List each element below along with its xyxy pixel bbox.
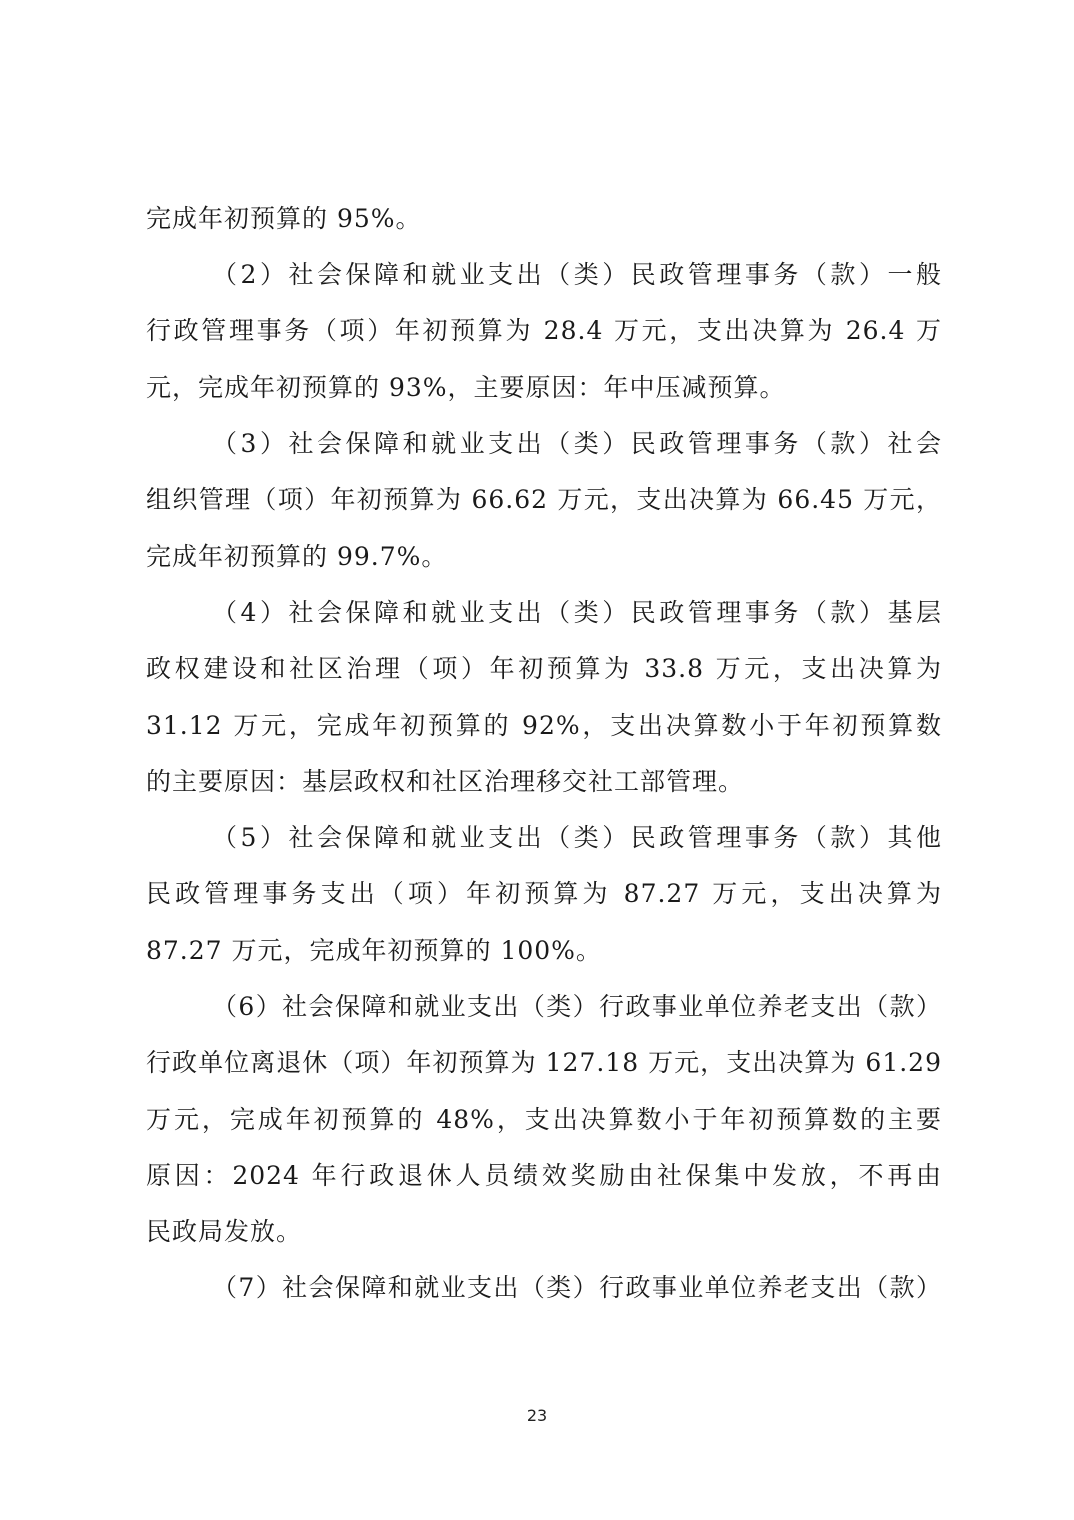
paragraph-2-line-1: （2）社会保障和就业支出（类）民政管理事务（款）一般 — [212, 259, 942, 291]
paragraph-6-line-5: 民政局发放。 — [146, 1216, 942, 1248]
paragraph-4-line-3: 31.12 万元，完成年初预算的 92%，支出决算数小于年初预算数 — [146, 710, 942, 742]
paragraph-6-line-1: （6）社会保障和就业支出（类）行政事业单位养老支出（款） — [212, 991, 942, 1023]
paragraph-3-line-2: 组织管理（项）年初预算为 66.62 万元，支出决算为 66.45 万元， — [146, 484, 942, 516]
page-number: 23 — [0, 1406, 1074, 1425]
document-page: 完成年初预算的 95%。 （2）社会保障和就业支出（类）民政管理事务（款）一般 … — [0, 0, 1074, 1520]
paragraph-6-line-2: 行政单位离退休（项）年初预算为 127.18 万元，支出决算为 61.29 — [146, 1047, 942, 1079]
paragraph-2-line-3: 元，完成年初预算的 93%，主要原因：年中压减预算。 — [146, 372, 942, 404]
paragraph-5-line-2: 民政管理事务支出（项）年初预算为 87.27 万元，支出决算为 — [146, 878, 942, 910]
paragraph-4-line-1: （4）社会保障和就业支出（类）民政管理事务（款）基层 — [212, 597, 942, 629]
paragraph-4-line-4: 的主要原因：基层政权和社区治理移交社工部管理。 — [146, 766, 942, 798]
paragraph-7-line-1: （7）社会保障和就业支出（类）行政事业单位养老支出（款） — [212, 1272, 942, 1304]
paragraph-1-line-1: 完成年初预算的 95%。 — [146, 203, 942, 235]
paragraph-3-line-1: （3）社会保障和就业支出（类）民政管理事务（款）社会 — [212, 428, 942, 460]
paragraph-5-line-3: 87.27 万元，完成年初预算的 100%。 — [146, 935, 942, 967]
paragraph-4-line-2: 政权建设和社区治理（项）年初预算为 33.8 万元，支出决算为 — [146, 653, 942, 685]
paragraph-2-line-2: 行政管理事务（项）年初预算为 28.4 万元，支出决算为 26.4 万 — [146, 315, 942, 347]
paragraph-5-line-1: （5）社会保障和就业支出（类）民政管理事务（款）其他 — [212, 822, 942, 854]
paragraph-6-line-4: 原因：2024 年行政退休人员绩效奖励由社保集中发放，不再由 — [146, 1160, 942, 1192]
paragraph-6-line-3: 万元，完成年初预算的 48%，支出决算数小于年初预算数的主要 — [146, 1104, 942, 1136]
paragraph-3-line-3: 完成年初预算的 99.7%。 — [146, 541, 942, 573]
